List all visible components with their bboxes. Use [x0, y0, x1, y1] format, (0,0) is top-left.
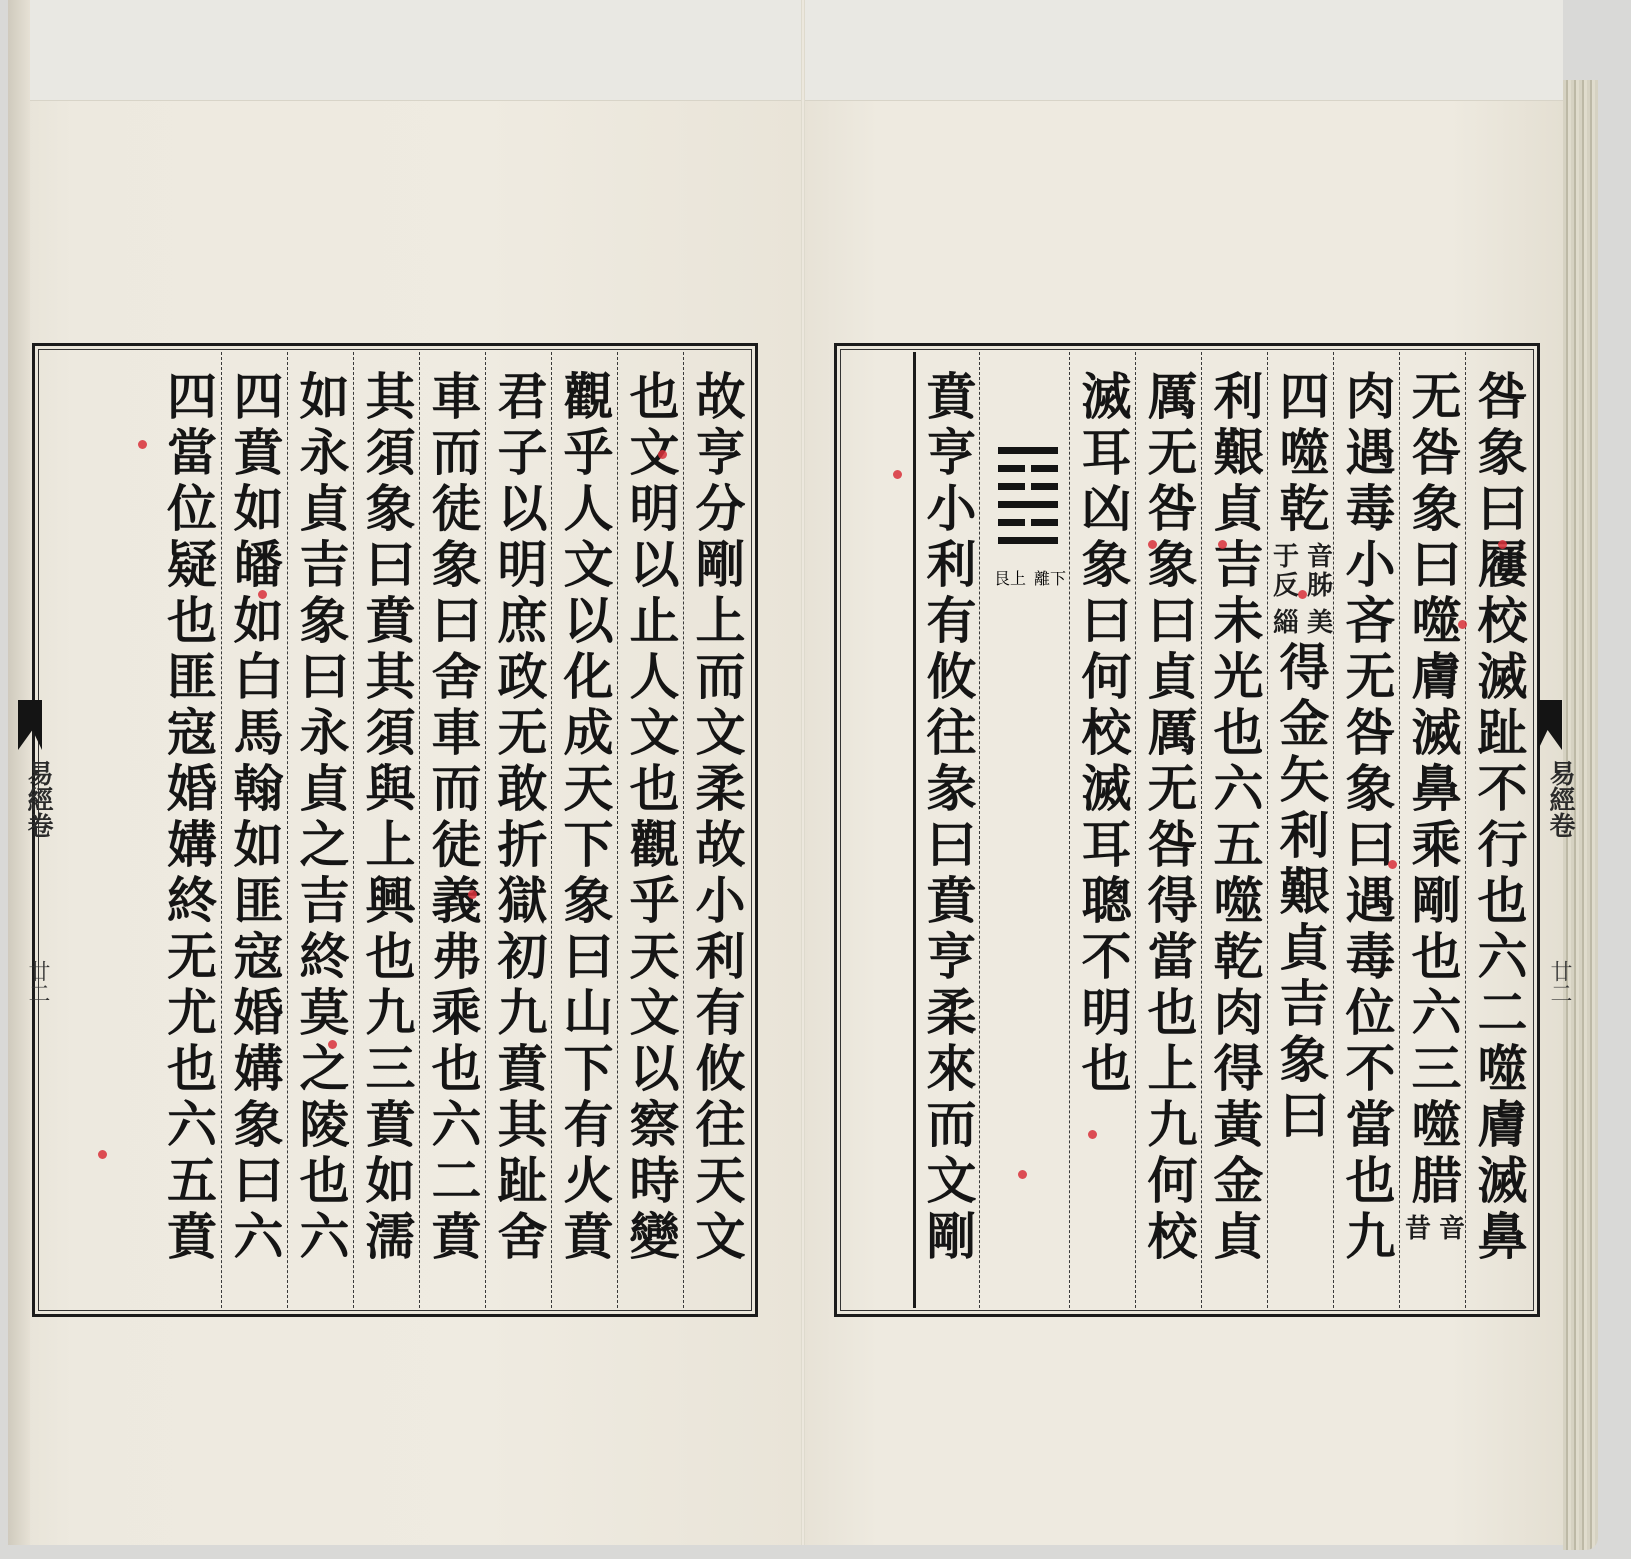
red-punctuation-mark	[1218, 540, 1227, 549]
lower-trigram-label: 離下	[1034, 566, 1066, 589]
column-text: 得金矢利艱貞吉象曰	[1271, 641, 1331, 1145]
hexagram-line-broken	[998, 483, 1058, 490]
gloss-char: 音	[1435, 1214, 1465, 1243]
text-column: 滅耳凶象曰何校滅耳聰不明也	[1069, 352, 1135, 1308]
page-number: 廿二	[1544, 960, 1575, 1004]
column-text: 厲无咎象曰貞厲无咎得當也上九何校	[1139, 370, 1199, 1266]
hexagram-bi-icon	[998, 447, 1058, 544]
page-number: 廿二	[22, 960, 53, 1004]
margin-title: 易經卷	[20, 760, 57, 838]
column-text: 四當位疑也匪寇婚媾終无尤也六五賁	[158, 370, 218, 1266]
red-punctuation-mark	[1388, 860, 1397, 869]
trigram-labels: 離下 艮上	[994, 566, 1066, 589]
center-fold	[801, 0, 805, 1545]
column-text: 觀乎人文以化成天下象曰山下有火賁	[555, 370, 615, 1266]
red-punctuation-mark	[658, 450, 667, 459]
column-text: 四賁如皤如白馬翰如匪寇婚媾象曰六	[225, 370, 285, 1266]
text-column: 肉遇毒小吝无咎象曰遇毒位不當也九	[1333, 352, 1399, 1308]
text-column: 四賁如皤如白馬翰如匪寇婚媾象曰六	[221, 352, 287, 1308]
pronunciation-gloss: 音 昔	[1401, 1214, 1465, 1243]
column-text: 肉遇毒小吝无咎象曰遇毒位不當也九	[1337, 370, 1397, 1266]
red-punctuation-mark	[1148, 540, 1157, 549]
text-column: 賁亨小利有攸往彖曰賁亨柔來而文剛	[913, 352, 979, 1308]
gloss-char: 緇	[1269, 608, 1299, 637]
gloss-line: 音胏	[1303, 542, 1333, 600]
hexagram-column: 離下 艮上	[979, 352, 1069, 1308]
pronunciation-gloss: 美 緇	[1269, 608, 1333, 637]
hexagram-line-solid	[998, 501, 1058, 508]
column-text: 君子以明庶政无敢折獄初九賁其趾舍	[489, 370, 549, 1266]
text-column: 利艱貞吉未光也六五噬乾肉得黃金貞	[1201, 352, 1267, 1308]
column-text: 利艱貞吉未光也六五噬乾肉得黃金貞	[1205, 370, 1265, 1266]
column-text: 故亨分剛上而文柔故小利有攸往天文	[687, 370, 747, 1266]
gloss-char: 昔	[1401, 1214, 1431, 1243]
column-text: 如永貞吉象曰永貞之吉終莫之陵也六	[291, 370, 351, 1266]
right-columns: 咎象曰屨校滅趾不行也六二噬膚滅鼻 无咎象曰噬膚滅鼻乘剛也六三噬腊 音 昔 肉遇毒…	[843, 352, 1531, 1308]
red-punctuation-mark	[893, 470, 902, 479]
column-text: 滅耳凶象曰何校滅耳聰不明也	[1073, 370, 1133, 1098]
column-text: 四噬乾	[1271, 370, 1331, 538]
red-punctuation-mark	[1088, 1130, 1097, 1139]
red-punctuation-mark	[468, 890, 477, 899]
text-column: 如永貞吉象曰永貞之吉終莫之陵也六	[287, 352, 353, 1308]
column-text: 其須象曰賁其須與上興也九三賁如濡	[357, 370, 417, 1266]
column-text: 車而徒象曰舍車而徒義弗乘也六二賁	[423, 370, 483, 1266]
red-punctuation-mark	[1498, 540, 1507, 549]
right-text-frame: 咎象曰屨校滅趾不行也六二噬膚滅鼻 无咎象曰噬膚滅鼻乘剛也六三噬腊 音 昔 肉遇毒…	[834, 343, 1540, 1317]
column-text: 賁亨小利有攸往彖曰賁亨柔來而文剛	[918, 370, 978, 1266]
red-punctuation-mark	[258, 590, 267, 599]
text-column: 无咎象曰噬膚滅鼻乘剛也六三噬腊 音 昔	[1399, 352, 1465, 1308]
gloss-char: 美	[1303, 608, 1333, 637]
hexagram-line-broken	[998, 465, 1058, 472]
text-column: 也文明以止人文也觀乎天文以察時變	[617, 352, 683, 1308]
red-punctuation-mark	[138, 440, 147, 449]
red-punctuation-mark	[328, 1040, 337, 1049]
red-punctuation-mark	[1298, 590, 1307, 599]
book-spread: 故亨分剛上而文柔故小利有攸往天文 也文明以止人文也觀乎天文以察時變 觀乎人文以化…	[8, 0, 1598, 1545]
red-punctuation-mark	[1458, 620, 1467, 629]
red-punctuation-mark	[1018, 1170, 1027, 1179]
text-column: 故亨分剛上而文柔故小利有攸往天文	[683, 352, 749, 1308]
text-column: 其須象曰賁其須與上興也九三賁如濡	[353, 352, 419, 1308]
hexagram-line-solid	[998, 447, 1058, 454]
margin-title: 易經卷	[1542, 760, 1579, 838]
left-text-frame: 故亨分剛上而文柔故小利有攸往天文 也文明以止人文也觀乎天文以察時變 觀乎人文以化…	[32, 343, 758, 1317]
column-text: 也文明以止人文也觀乎天文以察時變	[621, 370, 681, 1266]
text-column: 四當位疑也匪寇婚媾終无尤也六五賁	[155, 352, 221, 1308]
text-column: 君子以明庶政无敢折獄初九賁其趾舍	[485, 352, 551, 1308]
hexagram-line-solid	[998, 537, 1058, 544]
red-punctuation-mark	[98, 1150, 107, 1159]
text-column: 四噬乾 音胏 于反 美 緇 得金矢利艱貞吉象曰	[1267, 352, 1333, 1308]
top-margin-strip	[8, 0, 1563, 101]
text-column: 車而徒象曰舍車而徒義弗乘也六二賁	[419, 352, 485, 1308]
left-columns: 故亨分剛上而文柔故小利有攸往天文 也文明以止人文也觀乎天文以察時變 觀乎人文以化…	[41, 352, 749, 1308]
text-column: 厲无咎象曰貞厲无咎得當也上九何校	[1135, 352, 1201, 1308]
gloss-line: 于反	[1269, 542, 1299, 600]
text-column: 觀乎人文以化成天下象曰山下有火賁	[551, 352, 617, 1308]
column-text: 咎象曰屨校滅趾不行也六二噬膚滅鼻	[1469, 370, 1529, 1266]
column-text: 无咎象曰噬膚滅鼻乘剛也六三噬腊	[1403, 370, 1463, 1210]
hexagram-line-broken	[998, 519, 1058, 526]
text-column: 咎象曰屨校滅趾不行也六二噬膚滅鼻	[1465, 352, 1531, 1308]
upper-trigram-label: 艮上	[994, 566, 1026, 589]
